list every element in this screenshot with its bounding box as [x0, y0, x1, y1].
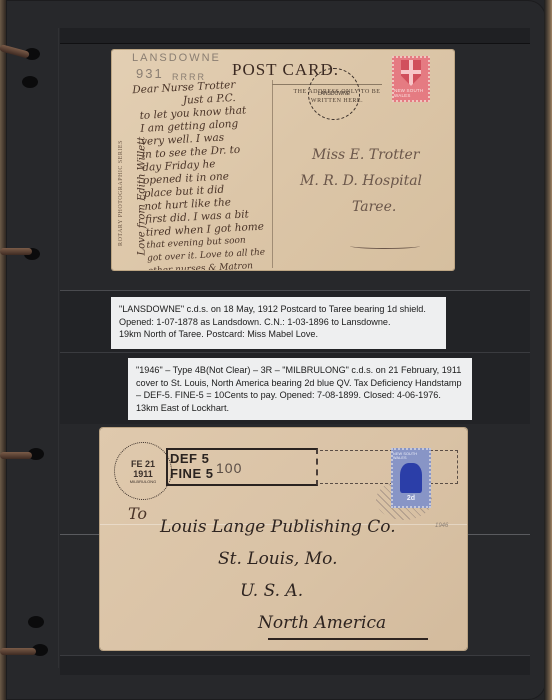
postcard[interactable]: LANSDOWNE 931 RRRR POST CARD. THE ADDRES…	[112, 50, 454, 270]
address-line-2: St. Louis, Mo.	[218, 544, 337, 575]
side-note: Love from Edith Willett	[137, 56, 148, 256]
binder-ring	[0, 452, 32, 459]
address-flourish	[350, 243, 420, 249]
queen-portrait-icon	[400, 463, 422, 493]
description-label-milbrulong: "1946" – Type 4B(Not Clear) – 3R – "MILB…	[128, 358, 472, 420]
handwritten-message: Dear Nurse Trotter Just a P.C. to let yo…	[138, 77, 280, 270]
binder-ring	[0, 648, 36, 655]
postmark-milbrulong: FE 21 1911 MILBRULONG	[114, 442, 172, 500]
stamp-2d-blue-qv: NEW SOUTH WALES 2d	[391, 448, 431, 508]
pocket-strip	[60, 655, 530, 675]
ring-hole	[28, 616, 44, 628]
page-edge	[544, 0, 552, 700]
address-line-3: U. S. A.	[240, 576, 303, 607]
address-underline	[268, 638, 428, 640]
address-line-4: North America	[258, 608, 386, 639]
spine-divider	[58, 28, 59, 668]
stamp-1d-shield: NEW SOUTH WALES	[392, 56, 430, 102]
shield-icon	[401, 60, 421, 86]
publisher-series: ROTARY PHOTOGRAPHIC SERIES	[118, 140, 124, 246]
address-to: To	[128, 504, 147, 523]
pencil-note: 1946	[435, 523, 448, 529]
description-label-lansdowne: "LANSDOWNE" c.d.s. on 18 May, 1912 Postc…	[111, 297, 446, 349]
binder-ring	[0, 248, 32, 255]
album-page: LANSDOWNE 931 RRRR POST CARD. THE ADDRES…	[0, 0, 552, 700]
handstamp-frame	[320, 450, 458, 484]
cover-envelope[interactable]: FE 21 1911 MILBRULONG DEF 5 FINE 5 100 N…	[100, 428, 467, 650]
pocket-strip	[60, 28, 530, 44]
tax-deficiency-handstamp: DEF 5 FINE 5 100	[166, 448, 318, 486]
ring-hole	[22, 76, 38, 88]
postcard-address: Miss E. Trotter M. R. D. Hospital Taree.	[300, 142, 450, 220]
postmark-lansdowne: LANSDOWNE	[308, 68, 360, 120]
address-line-1: Louis Lange Publishing Co.	[160, 512, 396, 543]
